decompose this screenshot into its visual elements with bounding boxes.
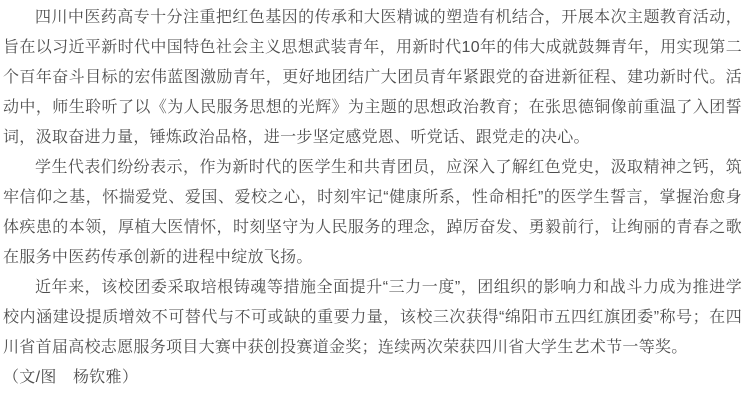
article-byline: （文/图 杨钦雅） bbox=[3, 363, 742, 393]
article-paragraph-1: 四川中医药高专十分注重把红色基因的传承和大医精诚的塑造有机结合，开展本次主题教育… bbox=[3, 3, 742, 153]
article-body: 四川中医药高专十分注重把红色基因的传承和大医精诚的塑造有机结合，开展本次主题教育… bbox=[0, 0, 745, 393]
article-paragraph-2: 学生代表们纷纷表示，作为新时代的医学生和共青团员，应深入了解红色党史，汲取精神之… bbox=[3, 153, 742, 273]
article-paragraph-3: 近年来，该校团委采取培根铸魂等措施全面提升“三力一度”，团组织的影响力和战斗力成… bbox=[3, 273, 742, 363]
